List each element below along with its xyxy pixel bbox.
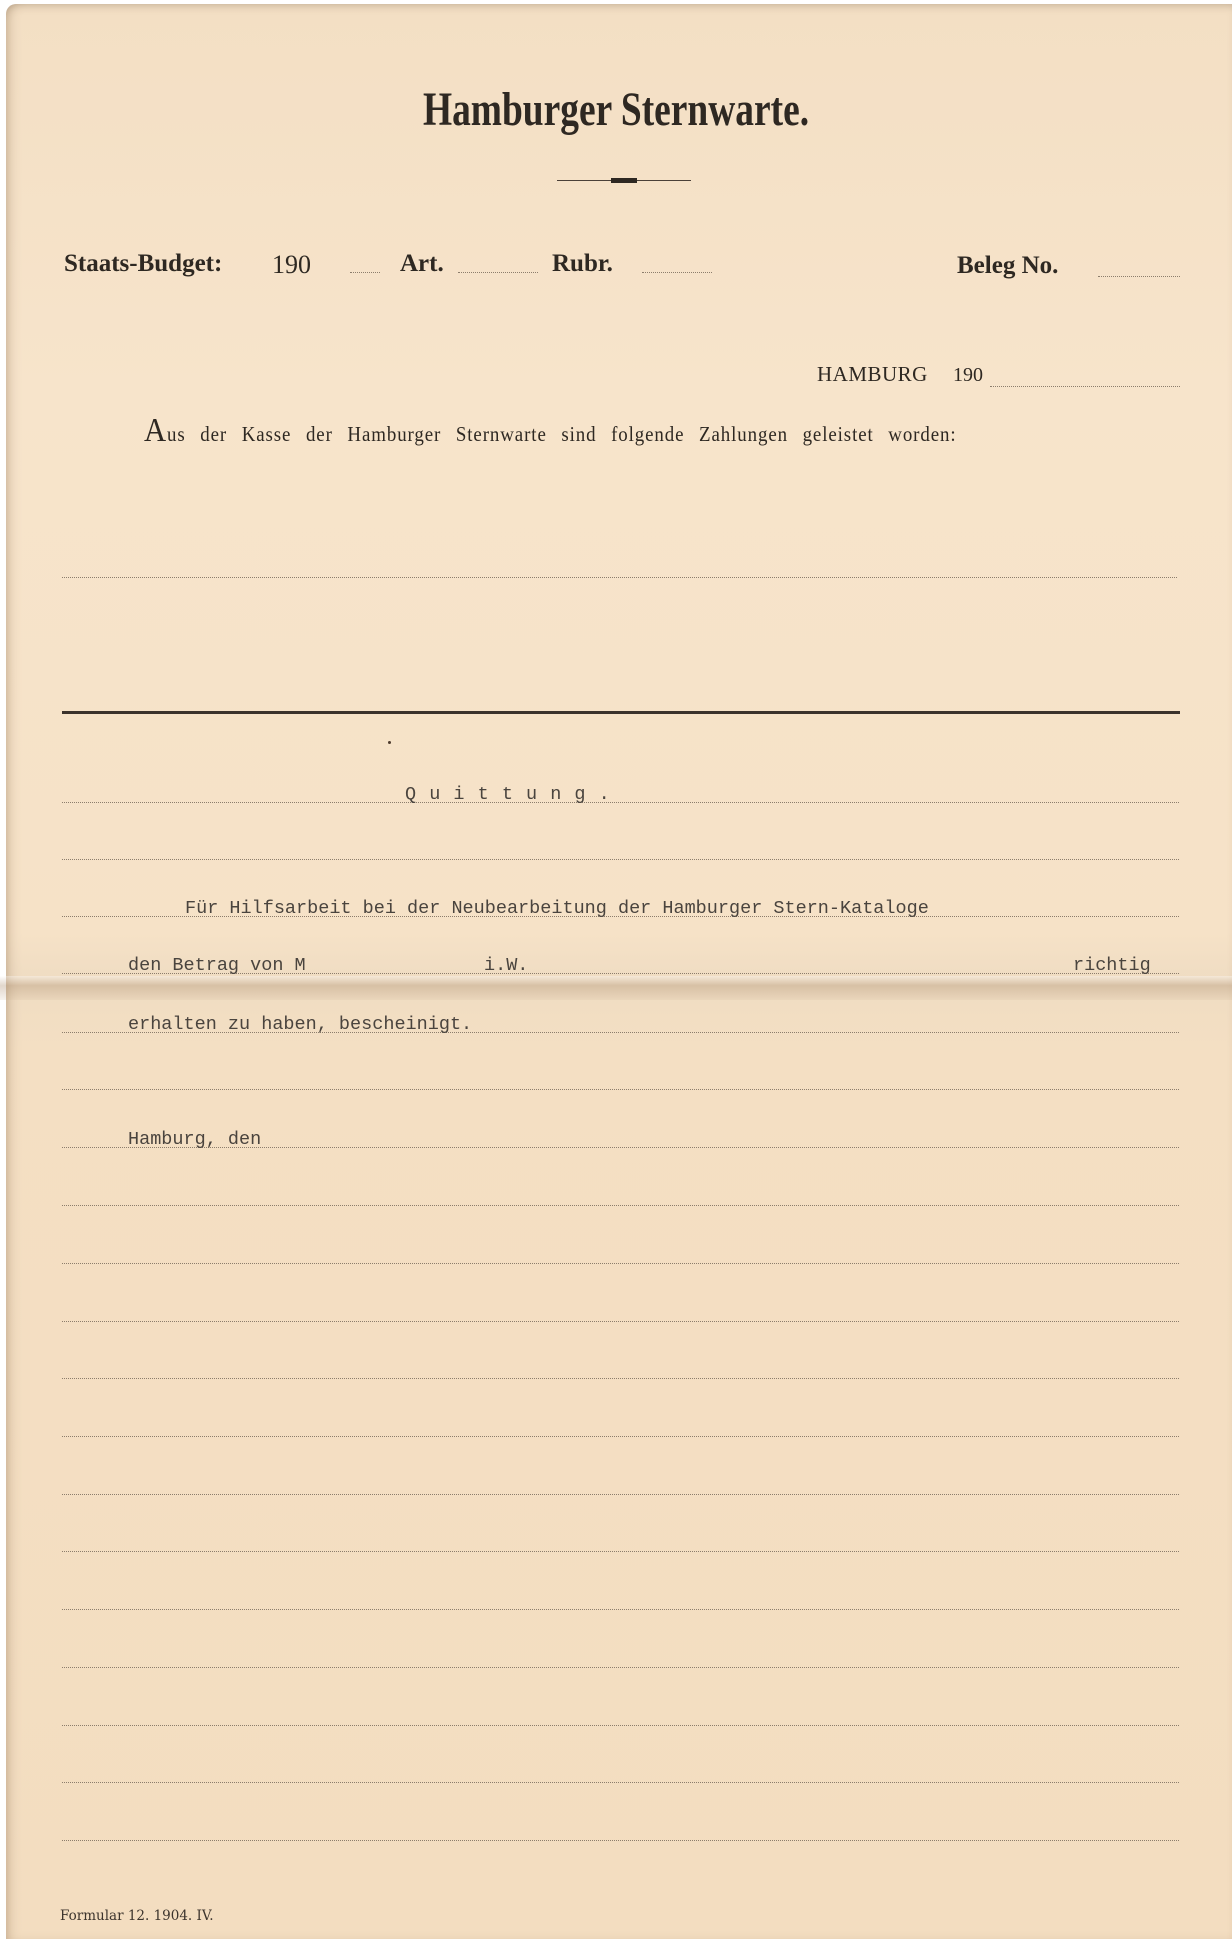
- quittung-heading: Q u i t t u n g .: [405, 784, 611, 805]
- beleg-label: Beleg No.: [957, 252, 1058, 280]
- blank-line-7[interactable]: [62, 1436, 1179, 1437]
- blank-line-14[interactable]: [62, 1840, 1179, 1841]
- rubr-field[interactable]: [642, 272, 712, 273]
- intro-initial: A: [144, 412, 167, 449]
- section-divider: [62, 711, 1180, 714]
- blank-line-9[interactable]: [62, 1551, 1179, 1552]
- beleg-field[interactable]: [1098, 276, 1180, 277]
- blank-line-13[interactable]: [62, 1782, 1179, 1783]
- staats-budget-label: Staats-Budget:: [64, 250, 222, 278]
- staats-budget-year-field[interactable]: [350, 272, 380, 273]
- ink-speck: [388, 741, 391, 744]
- staats-budget-year: 190: [272, 250, 311, 280]
- art-label: Art.: [400, 250, 444, 278]
- art-field[interactable]: [458, 272, 538, 273]
- payment-line[interactable]: [62, 577, 1177, 578]
- amount-in-words-label: i.W.: [484, 955, 528, 976]
- rubr-label: Rubr.: [552, 250, 613, 278]
- title-ornament-bar: [611, 178, 637, 183]
- blank-line-12[interactable]: [62, 1725, 1179, 1726]
- hamburg-year: 190: [953, 364, 983, 387]
- blank-line-6[interactable]: [62, 1378, 1179, 1379]
- quittung-line[interactable]: [62, 802, 1179, 803]
- blank-line-11[interactable]: [62, 1667, 1179, 1668]
- confirmation-text: erhalten zu haben, bescheinigt.: [128, 1014, 472, 1035]
- form-number: Formular 12. 1904. IV.: [60, 1908, 214, 1924]
- document-title: Hamburger Sternwarte.: [136, 82, 1097, 137]
- intro-text: us der Kasse der Hamburger Sternwarte si…: [167, 422, 957, 446]
- blank-line-10[interactable]: [62, 1609, 1179, 1610]
- amount-label: den Betrag von M: [128, 955, 306, 976]
- blank-line-1[interactable]: [62, 859, 1179, 860]
- signature-place-date: Hamburg, den: [128, 1129, 261, 1150]
- blank-line-2[interactable]: [62, 1089, 1179, 1090]
- date-field[interactable]: [990, 386, 1180, 387]
- intro-sentence: Aus der Kasse der Hamburger Sternwarte s…: [144, 412, 1134, 450]
- richtig-label: richtig: [1073, 955, 1151, 976]
- blank-line-3[interactable]: [62, 1205, 1179, 1206]
- blank-line-4[interactable]: [62, 1263, 1179, 1264]
- hamburg-label: HAMBURG: [817, 362, 928, 387]
- blank-line-8[interactable]: [62, 1494, 1179, 1495]
- quittung-purpose: Für Hilfsarbeit bei der Neubearbeitung d…: [185, 898, 929, 919]
- blank-line-5[interactable]: [62, 1321, 1179, 1322]
